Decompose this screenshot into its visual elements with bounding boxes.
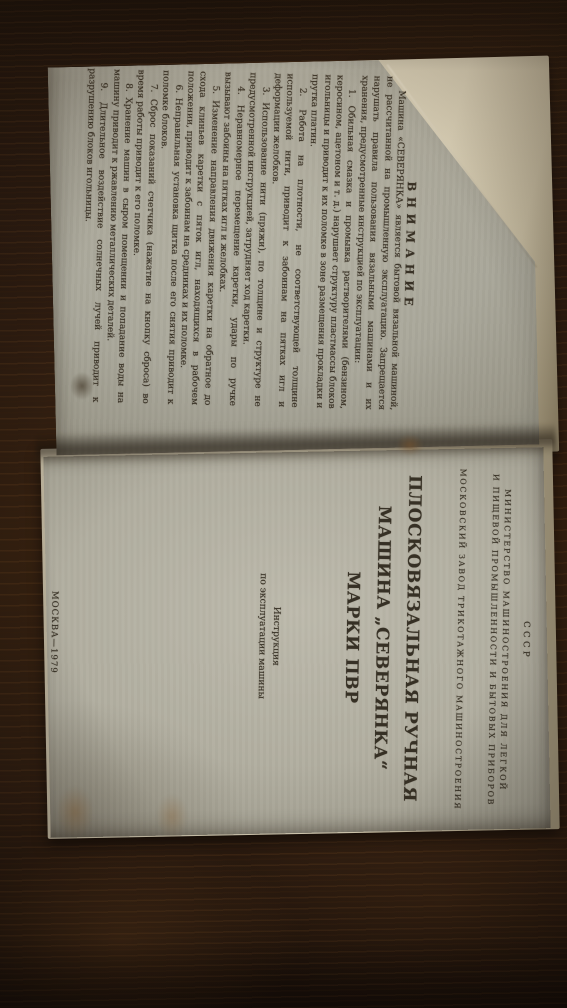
title-page-text: СССР МИНИСТЕРСТВО МАШИНОСТРОЕНИЯ ДЛЯ ЛЕГ… (42, 446, 550, 827)
attention-page-text: ВНИМАНИЕ Машина «СЕВЕРЯНКА» является быт… (57, 54, 540, 428)
attention-intro: Машина «СЕВЕРЯНКА» является бытовой вяза… (349, 75, 407, 410)
factory-line: МОСКОВСКИЙ ЗАВОД ТРИКОТАЖНОГО МАШИНОСТРО… (452, 453, 467, 825)
attention-item-1: 1. Обильная смазка и промывка растворите… (300, 74, 358, 409)
imprint-line: МОСКВА—1979 (46, 446, 62, 818)
attention-heading: ВНИМАНИЕ (399, 77, 540, 414)
attention-text-column: ВНИМАНИЕ Машина «СЕВЕРЯНКА» является быт… (76, 54, 540, 428)
book-photo: ВНИМАНИЕ Машина «СЕВЕРЯНКА» является быт… (0, 0, 567, 1008)
